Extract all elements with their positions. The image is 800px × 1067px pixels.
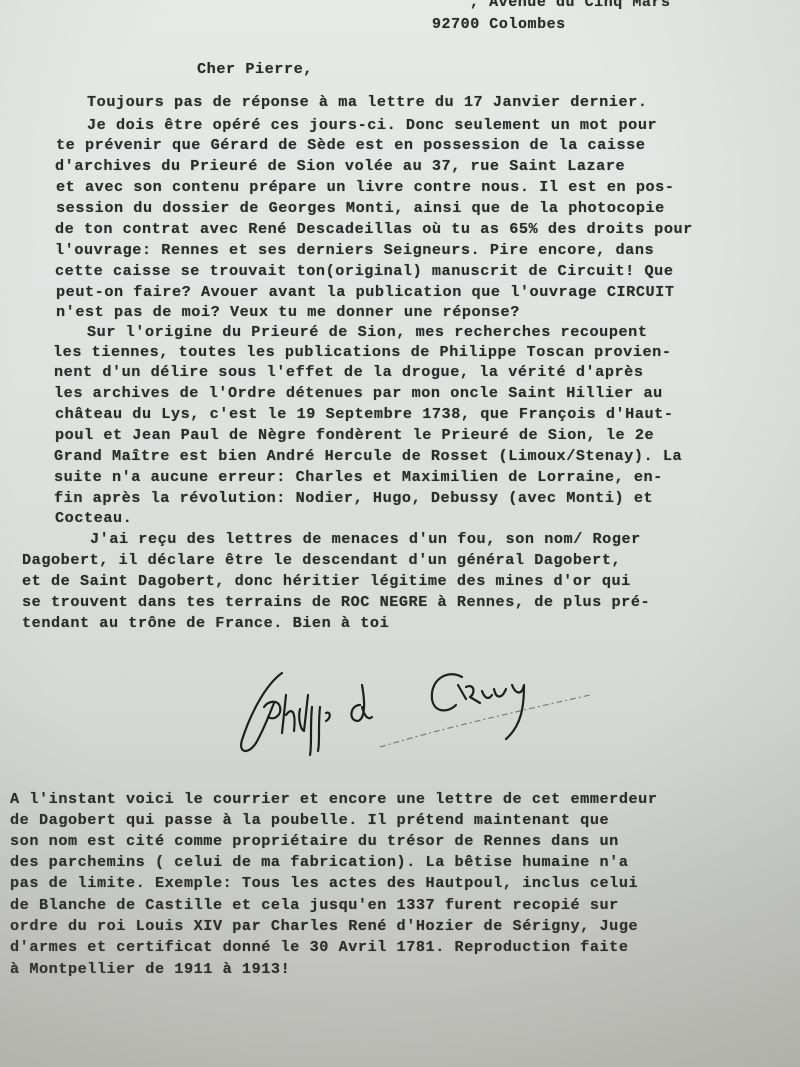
body-line: l'ouvrage: Rennes et ses derniers Seigne… bbox=[55, 241, 654, 259]
handwritten-signature: Philippe de Chérisey bbox=[230, 655, 610, 765]
body-line: J'ai reçu des lettres de menaces d'un fo… bbox=[61, 530, 641, 548]
letter-page: , Avenue du Cinq Mars 92700 Colombes Che… bbox=[0, 0, 800, 1067]
body-line: fin après la révolution: Nodier, Hugo, D… bbox=[54, 489, 653, 507]
postscript-line: de Dagobert qui passe à la poubelle. Il … bbox=[10, 811, 609, 829]
postscript-line: à Montpellier de 1911 à 1913! bbox=[10, 960, 290, 978]
body-line: suite n'a aucune erreur: Charles et Maxi… bbox=[54, 468, 663, 486]
body-line: peut-on faire? Avouer avant la publicati… bbox=[56, 283, 675, 301]
body-line: Cocteau. bbox=[55, 509, 132, 527]
address-street: , Avenue du Cinq Mars bbox=[470, 0, 671, 11]
postscript-line: des parchemins ( celui de ma fabrication… bbox=[10, 853, 629, 871]
body-line: château du Lys, c'est le 19 Septembre 17… bbox=[55, 405, 674, 423]
postscript-line: son nom est cité comme propriétaire du t… bbox=[10, 832, 619, 850]
postscript-line: ordre du roi Louis XIV par Charles René … bbox=[10, 917, 638, 935]
body-line: poul et Jean Paul de Nègre fondèrent le … bbox=[55, 426, 654, 444]
body-line: se trouvent dans tes terrains de ROC NEG… bbox=[22, 593, 650, 611]
salutation: Cher Pierre, bbox=[197, 60, 313, 78]
address-city: 92700 Colombes bbox=[432, 16, 566, 33]
body-line: les archives de l'Ordre détenues par mon… bbox=[54, 384, 663, 402]
body-line: Toujours pas de réponse à ma lettre du 1… bbox=[58, 93, 648, 111]
body-line: d'archives du Prieuré de Sion volée au 3… bbox=[55, 157, 625, 175]
body-line: et de Saint Dagobert, donc héritier légi… bbox=[22, 572, 631, 590]
body-line: tendant au trône de France. Bien à toi bbox=[22, 614, 389, 632]
body-line: les tiennes, toutes les publications de … bbox=[53, 343, 672, 361]
body-line: et avec son contenu prépare un livre con… bbox=[56, 178, 675, 196]
postscript-line: A l'instant voici le courrier et encore … bbox=[10, 790, 658, 808]
body-line: Sur l'origine du Prieuré de Sion, mes re… bbox=[58, 323, 648, 341]
body-line: Grand Maître est bien André Hercule de R… bbox=[54, 447, 682, 465]
postscript-line: de Blanche de Castille et cela jusqu'en … bbox=[10, 896, 619, 914]
body-line: nent d'un délire sous l'effet de la drog… bbox=[54, 363, 644, 381]
body-line: de ton contrat avec René Descadeillas où… bbox=[55, 220, 693, 238]
body-line: session du dossier de Georges Monti, ain… bbox=[56, 199, 665, 217]
postscript-line: d'armes et certificat donné le 30 Avril … bbox=[10, 938, 629, 956]
postscript-line: pas de limite. Exemple: Tous les actes d… bbox=[10, 874, 638, 892]
body-line: n'est pas de moi? Veux tu me donner une … bbox=[56, 303, 520, 321]
body-line: Je dois être opéré ces jours-ci. Donc se… bbox=[58, 116, 657, 134]
body-line: Dagobert, il déclare être le descendant … bbox=[22, 551, 621, 569]
body-line: cette caisse se trouvait ton(original) m… bbox=[55, 262, 674, 280]
body-line: te prévenir que Gérard de Sède est en po… bbox=[56, 136, 646, 154]
